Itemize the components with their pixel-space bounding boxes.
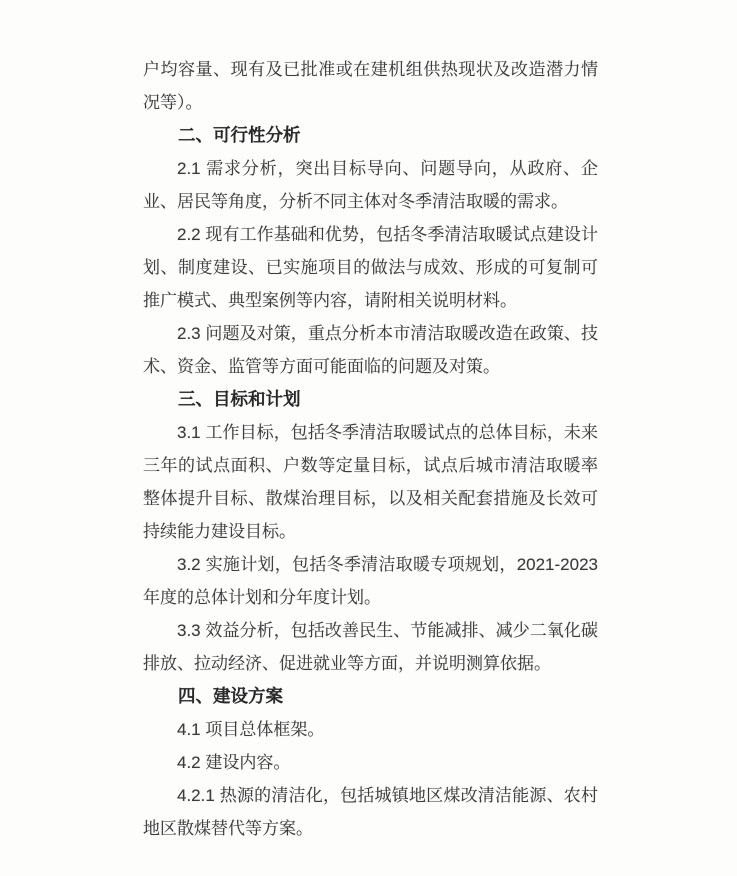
section-heading-2-feasibility: 二、可行性分析: [143, 119, 598, 152]
paragraph-2-2: 2.2 现有工作基础和优势，包括冬季清洁取暖试点建设计划、制度建设、已实施项目的…: [143, 218, 598, 317]
section-heading-3-goals: 三、目标和计划: [143, 383, 598, 416]
paragraph-continuation: 户均容量、现有及已批准或在建机组供热现状及改造潜力情况等）。: [143, 53, 598, 119]
paragraph-3-2: 3.2 实施计划，包括冬季清洁取暖专项规划，2021-2023 年度的总体计划和…: [143, 548, 598, 614]
paragraph-3-3: 3.3 效益分析，包括改善民生、节能减排、减少二氧化碳排放、拉动经济、促进就业等…: [143, 614, 598, 680]
paragraph-2-1: 2.1 需求分析，突出目标导向、问题导向，从政府、企业、居民等角度，分析不同主体…: [143, 152, 598, 218]
paragraph-3-1: 3.1 工作目标，包括冬季清洁取暖试点的总体目标，未来三年的试点面积、户数等定量…: [143, 416, 598, 548]
paragraph-4-2: 4.2 建设内容。: [143, 746, 598, 779]
section-heading-4-construction: 四、建设方案: [143, 680, 598, 713]
document-page: 户均容量、现有及已批准或在建机组供热现状及改造潜力情况等）。 二、可行性分析 2…: [0, 0, 737, 876]
paragraph-4-1: 4.1 项目总体框架。: [143, 713, 598, 746]
paragraph-4-2-1: 4.2.1 热源的清洁化，包括城镇地区煤改清洁能源、农村地区散煤替代等方案。: [143, 779, 598, 845]
paragraph-2-3: 2.3 问题及对策，重点分析本市清洁取暖改造在政策、技术、资金、监管等方面可能面…: [143, 317, 598, 383]
